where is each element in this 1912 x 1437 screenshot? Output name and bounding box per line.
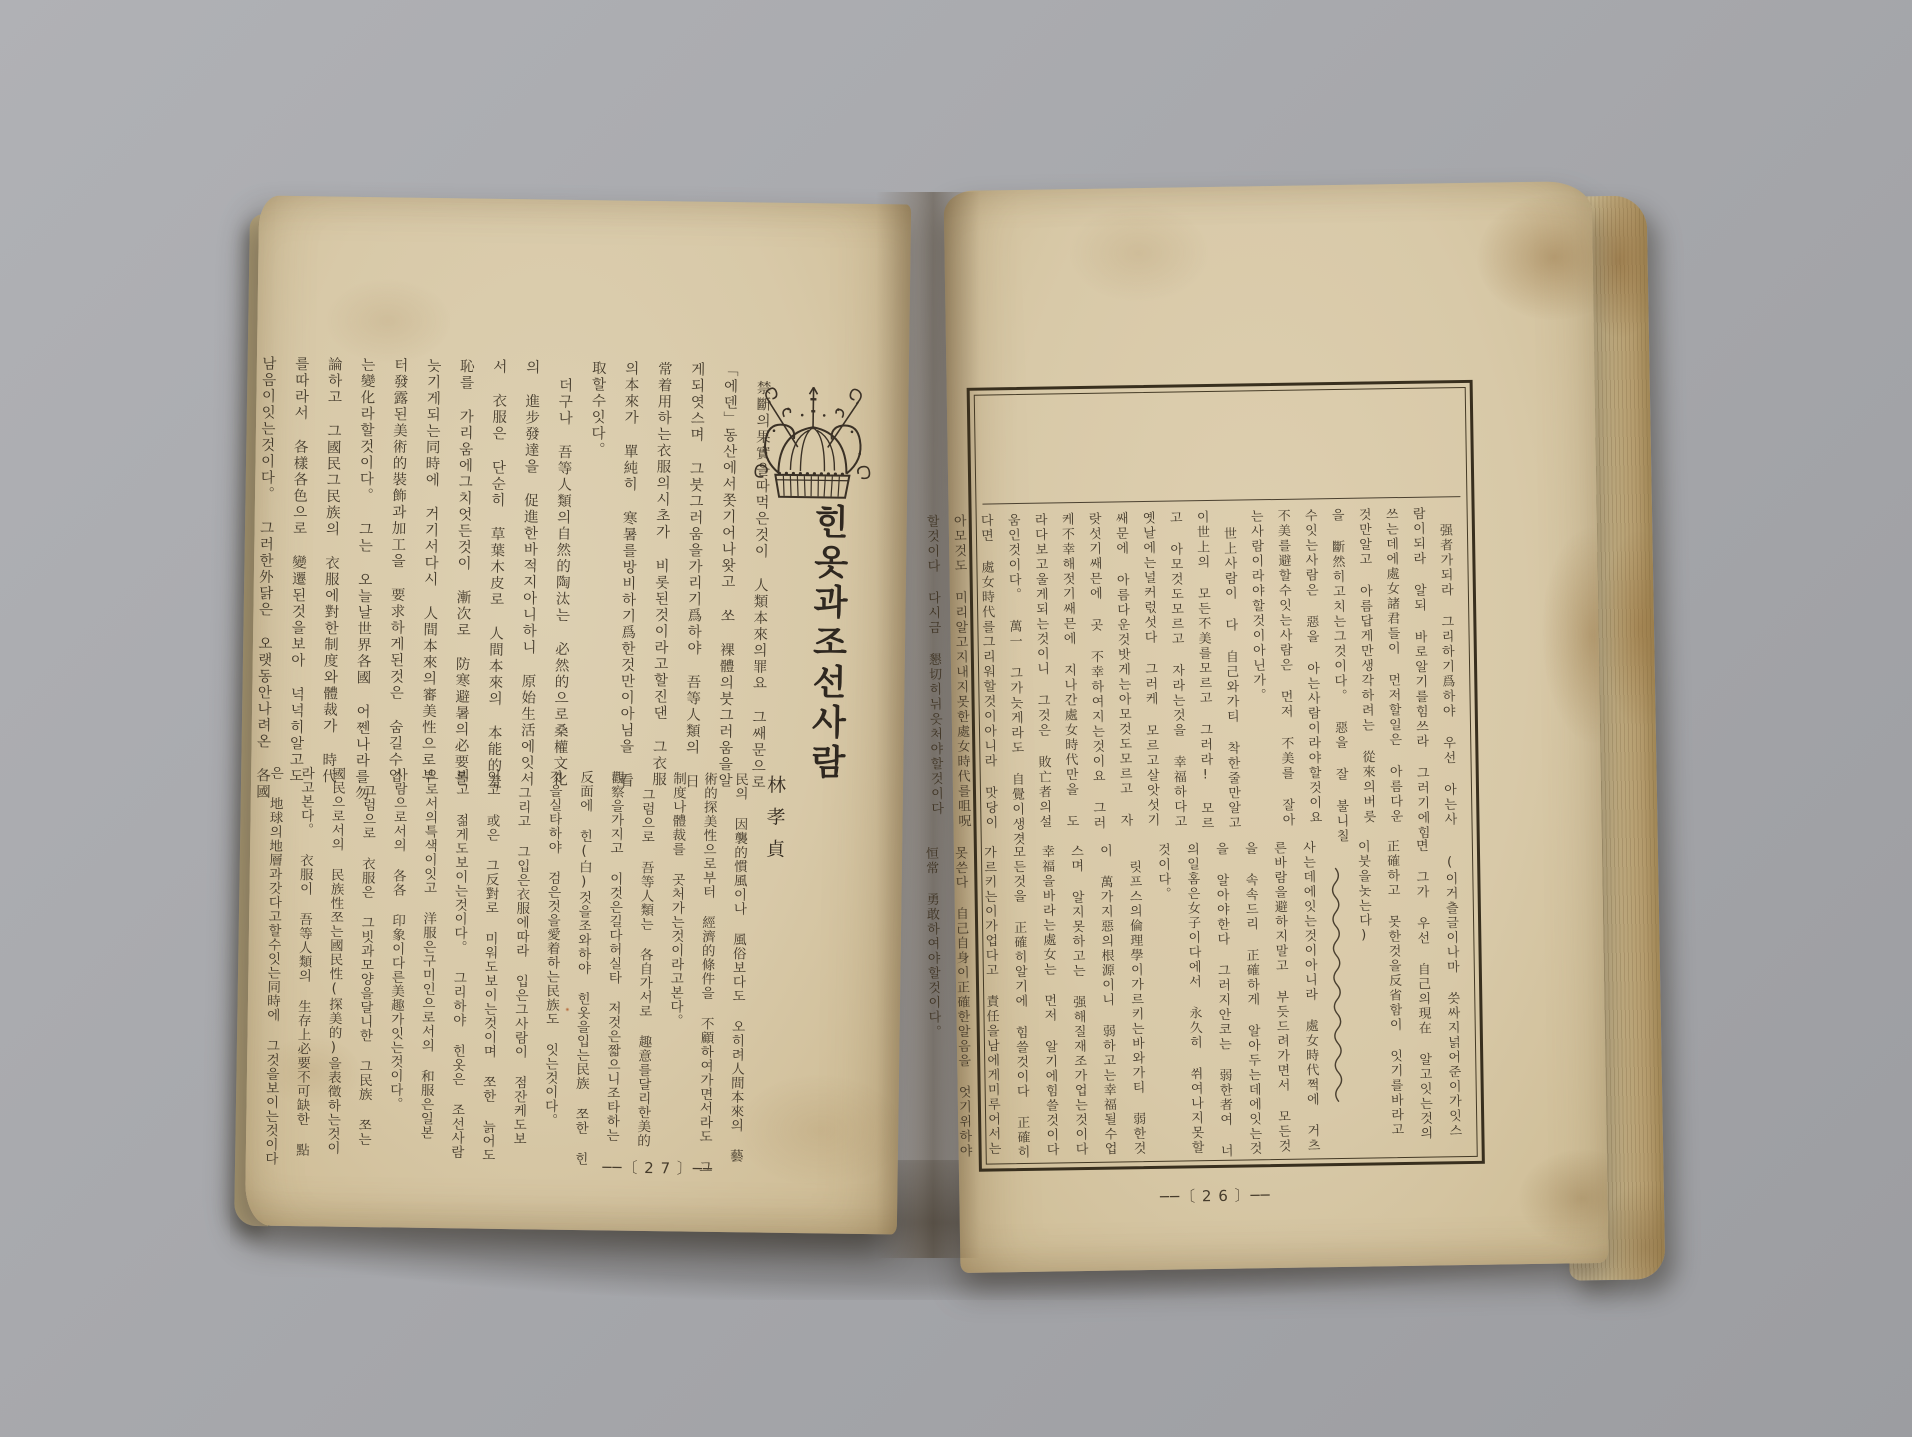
text-column: 게되엿스며 그붓그러움을가리기爲하야 吾等人類의 日 <box>681 361 707 753</box>
text-column: 反面에 힌(白)것을조와하야 힌옷을입는民族 쪼한 힌 <box>570 770 595 1152</box>
crown-ornament-icon <box>753 380 873 506</box>
text-column: 다면 處女時代를그리워할것이아니라 맛당이 <box>976 513 1000 831</box>
text-column: 으로서의특색이잇고 洋服은구미인으로서의 和服은일본 <box>415 768 440 1150</box>
text-column: 는變化라할것이다。 그는 오늘날世界各國 어쩬나라를勿 <box>352 357 378 749</box>
text-column: 恥를 가리움에그치엇든것이 漸次로 防寒避暑의必要를 <box>450 358 476 750</box>
text-column: 그리고 그입은衣服에따라 입은그사람이 점잔케도보 <box>508 769 533 1151</box>
text-column: 람이되라 알되 바로알기를힘쓰라 그러기에힘 <box>1408 507 1432 825</box>
text-column: 남음이잇는것이다。 그러한外닭은 오랫동안나려온 各國 <box>253 355 279 747</box>
text-column: 正確하고 못한것을反省함이 잇기를바라고 <box>1382 839 1406 1151</box>
text-column: 强者가되라 그리하기爲하야 우선 아는사 <box>1435 506 1459 824</box>
text-column: 모든것을 正確히알기에 힘쓸것이다 正確히 <box>1008 845 1032 1157</box>
text-column: 더구나 吾等人類의自然的陶汰는 必然的으로桑權文化 <box>549 360 575 752</box>
page-number-26: ──〔 2 6 〕── <box>1155 1184 1275 1207</box>
text-column: 릿프스의倫理學이가르키는바와가티 弱한것 <box>1124 843 1148 1155</box>
photograph-of-open-book: 禁斷의果實을따먹은것이 人類本來의罪요 그쌔문으로「에덴」동산에서쫏기어나왓고 … <box>0 0 1912 1437</box>
text-column: 를따라서 各樣各色으로 變遷된것을보아 넉넉히알고도 <box>286 356 312 748</box>
text-column: 것만알고 아름답게만생각하려는 從來의버릇 <box>1354 507 1378 825</box>
left-upper-text-band: 禁斷의果實을따먹은것이 人類本來의罪요 그쌔문으로「에덴」동산에서쫏기어나왓고 … <box>335 357 774 755</box>
text-column: 의일홈은女子이다에서 永久히 쒸여나지못할 <box>1182 842 1206 1154</box>
text-column: 뵈고 젊게도보이는것이다。 그리하야 힌옷은 조선사람 <box>446 768 471 1150</box>
right-page: 强者가되라 그리하기爲하야 우선 아는사람이되라 알되 바로알기를힘쓰라 그러기… <box>944 181 1609 1273</box>
text-column: 이 萬가지惡의根源이니 弱하고는幸福될수업 <box>1095 844 1119 1156</box>
header-rule <box>982 496 1460 505</box>
text-column: 論하고 그國民그民族의 衣服에對한制度와體裁가 時代 <box>319 356 345 748</box>
text-column: 못쓴다 自己自身이正確한알음을 엇기위하야 <box>950 846 974 1158</box>
text-column: 랏섯기쌔믄에 곳 不幸하여지는것이요 그러 <box>1084 512 1108 830</box>
text-column: 그럼으로 衣服은 그빗과모양을달니한 그民族 쪼는 <box>353 767 378 1149</box>
right-upper-text-band: 强者가되라 그리하기爲하야 우선 아는사람이되라 알되 바로알기를힘쓰라 그러기… <box>1032 506 1459 831</box>
text-column: 이世上의 모든不美를모르고 그러라! 모르 <box>1192 510 1216 828</box>
left-lower-text-band: 民의 因襲的慣風이나 風俗보다도 오히려人間本來의 藝術的探美性으로부터 經濟的… <box>334 767 750 1155</box>
text-column: 觀察을가지고 이것은길다허실타 저것은짧으니조타하는 <box>601 770 626 1152</box>
text-column: 國民으로서의 民族性쪼는國民性(探美的)을表徵하는것이 <box>322 767 347 1149</box>
text-column: 라다보고울게되는것이니 그것은 敗亡者의설 <box>1030 513 1054 831</box>
article-title: 힌옷과조선사람 <box>800 503 854 804</box>
text-column: 서 衣服은 단순히 草葉木皮로 人間本來의 本能的羞 <box>483 359 509 751</box>
text-column: 은 地球의地層과갓다고할수잇는同時에 그것을보이는것이다 <box>260 766 285 1148</box>
article-author: 林孝貞 <box>761 775 790 895</box>
text-column: 「에덴」동산에서쫏기어나왓고 쏘 裸體의붓그러움을알 <box>714 362 740 754</box>
text-column: 움인것이다。 萬一 그가늣게라도 自覺이생겻 <box>1003 513 1027 831</box>
text-column: 을 속속드리 正確하게 알아두는데에잇는것 <box>1240 841 1264 1153</box>
text-column: 터發露된美術的裝飾과加工을 要求하게된것은 숨길수업 <box>385 357 411 749</box>
text-column: 것을실타하야 검은것을愛着하는民族도 잇는것이다。 <box>539 770 564 1152</box>
text-column: 사는데에잇는것이아니라 處女時代쩍에 거츠 <box>1298 840 1322 1152</box>
text-column: 아모것도 미리알고지내지못한處女時代를咀呪 <box>949 514 973 832</box>
text-column: 常着用하는衣服의시초가 비롯된것이라고할진댄 그衣服 <box>648 361 674 753</box>
text-column: 世上사람이 다 自己와가티 착한줄만알고 <box>1219 510 1243 828</box>
text-column: 늣기게되는同時에 거기서다시 人間本來의審美性으로부 <box>417 358 443 750</box>
text-column: 는사람이라야할것이아닌가。 <box>1246 509 1270 827</box>
text-column: 것이다。 <box>1153 843 1177 1155</box>
text-column: 이붓을놋는다) <box>1353 840 1377 1152</box>
text-column: 케不幸해젓기쌔믄에 지나간處女時代만을 도 <box>1057 512 1081 830</box>
text-column: 수잇는사람은 惡을 아는사람이라야할것이요 <box>1300 508 1324 826</box>
text-column: 옛날에는널커럯섯다 그러케 모르고살앗섯기 <box>1138 511 1162 829</box>
text-column: 면 그가 우선 自己의現在 알고잇는것의 <box>1411 839 1435 1151</box>
text-column: 民의 因襲的慣風이나 風俗보다도 오히려人間本來의 藝 <box>725 772 750 1154</box>
text-column: 取할수잇다。 <box>582 360 608 752</box>
text-column: 制度나體裁를 곳처가는것이라고본다。 <box>663 771 688 1153</box>
text-column: 恒常 勇敢하여야할것이다。 <box>921 846 945 1158</box>
left-page: 禁斷의果實을따먹은것이 人類本來의罪요 그쌔문으로「에덴」동산에서쫏기어나왓고 … <box>245 195 911 1234</box>
text-column: 을 斷然히고치는그것이다。 惡을 잘 불니칠 <box>1327 508 1351 826</box>
text-column: 不美를避할수잇는사람은 먼저 不美를 잘아 <box>1273 509 1297 827</box>
text-column: 쓰는데에處女諸君들이 먼저할일은 아름다운 <box>1381 507 1405 825</box>
text-column: 스며 알지못하고는 强해질재조가업는것이다 <box>1066 844 1090 1156</box>
text-column: 사람으로서의 各各 印象이다른美趣가잇는것이다。 <box>384 767 409 1149</box>
text-column: 이고 或은 그反對로 미워도보이는것이며 쪼한 늙어도 <box>477 769 502 1151</box>
text-column: 할것이다 다시금 懇切히뉘읏처야할것이다 <box>922 514 946 832</box>
text-column: 쌔문에 아름다운것밧게는아모것도모르고 자 <box>1111 511 1135 829</box>
right-lower-text-band: (이거츨글이나마 씃싸지넑어준이가잇스면 그가 우선 自己의現在 알고잇는것의正… <box>1003 838 1464 1157</box>
text-column: 幸福을바라는處女는 먼저 알기에힘쓸것이다 <box>1037 844 1061 1156</box>
text-column: 을 알아야한다 그러지안코는 弱한者여 너 <box>1211 842 1235 1154</box>
text-column: 고 아모것도모르고 자라는것을 幸福하다고 <box>1165 510 1189 828</box>
text-column: 그럼으로 吾等人類는 各自가서로 趣意를달리한美的 <box>632 771 657 1153</box>
text-column: 術的探美性으로부터 經濟的條件을 不顧하여가면서라도 그 <box>694 772 719 1154</box>
text-column: 의 進步發達을 促進한바적지아니하니 原始生活에잇서 <box>516 359 542 751</box>
article-border-box: 强者가되라 그리하기爲하야 우선 아는사람이되라 알되 바로알기를힘쓰라 그러기… <box>967 380 1485 1172</box>
text-column: 라고본다。 衣服이 吾等人類의 生存上必要不可缺한 點 <box>291 766 316 1148</box>
page-number-27: ──〔 2 7 〕── <box>598 1156 718 1179</box>
text-column: 가르키는이가업다고 責任을남에게미루어서는 <box>979 845 1003 1157</box>
text-column: 의本來가 單純히 寒暑를방비하기爲한것만이아님을 看 <box>615 361 641 753</box>
text-column: 른바람을避하지말고 부듯드려가면서 모든것 <box>1269 841 1293 1153</box>
wavy-divider-icon <box>1329 866 1345 1102</box>
text-column: (이거츨글이나마 씃싸지넑어준이가잇스 <box>1440 838 1464 1150</box>
